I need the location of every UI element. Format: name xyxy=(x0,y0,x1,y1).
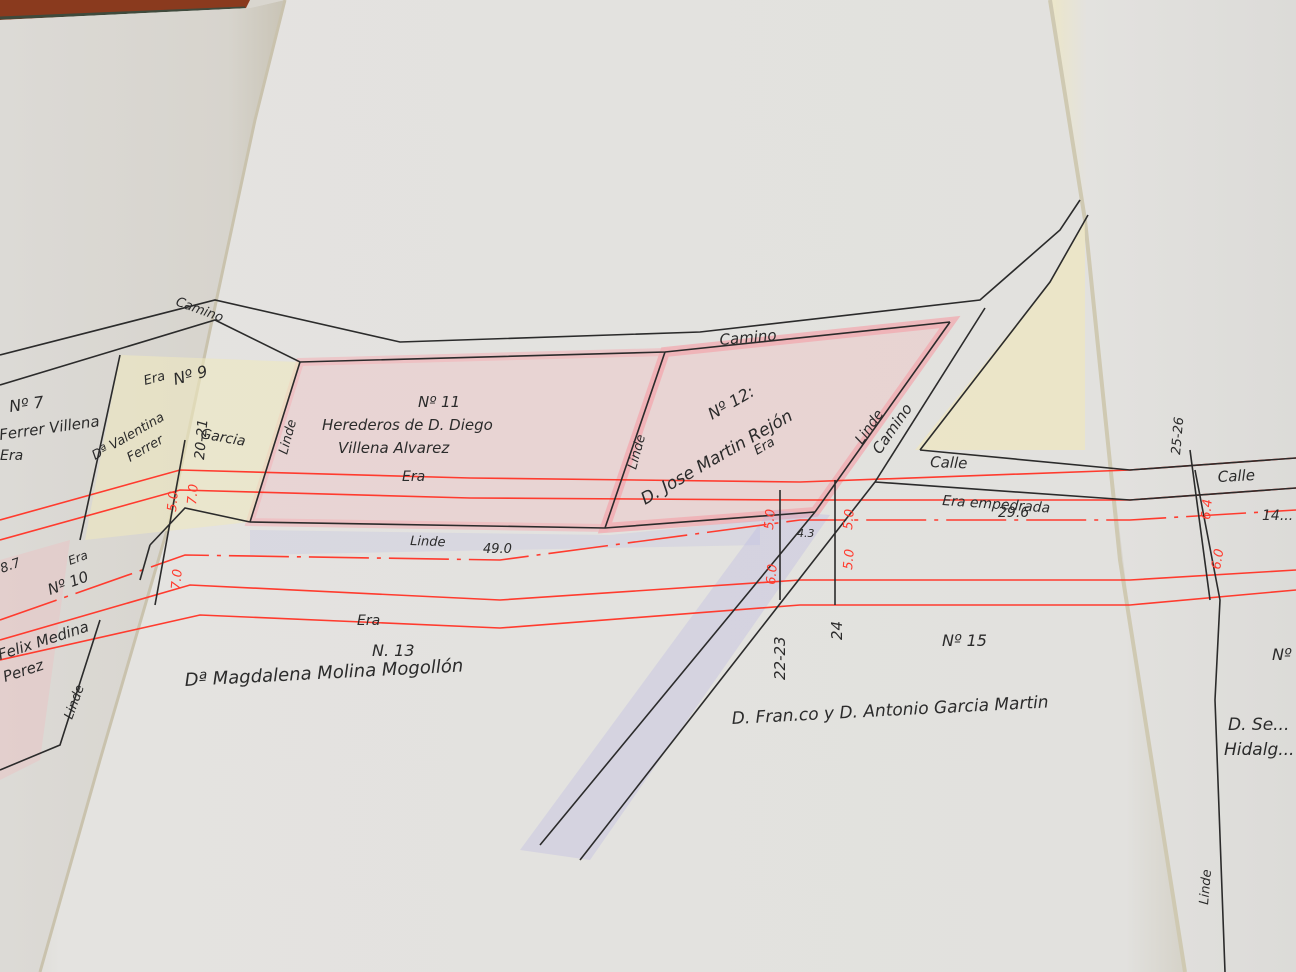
parcel-right-owner-1: D. Se... xyxy=(1228,715,1289,735)
red-dimension-5-0-a: 5.0 xyxy=(165,490,182,512)
parcel-right-number: Nº xyxy=(1272,645,1292,664)
red-dimension-6-4: 6.4 xyxy=(1199,498,1216,520)
red-dimension-5-0-c: 5.0 xyxy=(841,508,858,530)
linde-label-6: Linde xyxy=(1197,869,1215,906)
map-canvas: Camino Camino Camino Calle Calle Nº 7 Fe… xyxy=(0,0,1296,972)
parcel-11-owner-1: Herederos de D. Diego xyxy=(322,416,493,434)
red-dimension-6-0-a: 6.0 xyxy=(764,563,781,585)
section-marker-24: 24 xyxy=(828,621,846,640)
linde-label-4: Linde xyxy=(410,534,446,550)
dimension-4-3: 4.3 xyxy=(797,527,815,540)
parcel-13-number: N. 13 xyxy=(372,641,415,660)
red-dimension-7-0-a: 7.0 xyxy=(185,483,202,505)
section-marker-22-23: 22-23 xyxy=(771,636,789,680)
dimension-29-6: 29.6 xyxy=(998,505,1029,521)
parcel-13-use: Era xyxy=(357,613,380,629)
parcel-11-owner-2: Villena Alvarez xyxy=(338,439,450,457)
parcel-right-owner-2: Hidalg... xyxy=(1224,740,1294,760)
red-dimension-7-0-b: 7.0 xyxy=(169,568,186,590)
parcel-7-use: Era xyxy=(0,448,23,464)
road-label-calle: Calle xyxy=(930,453,968,472)
road-label-calle-right: Calle xyxy=(1217,466,1255,486)
red-dimension-5-0-d: 5.0 xyxy=(841,548,858,570)
cadastral-map-photo: Camino Camino Camino Calle Calle Nº 7 Fe… xyxy=(0,0,1296,972)
dimension-49: 49.0 xyxy=(483,542,512,557)
parcel-15-number: Nº 15 xyxy=(942,631,987,650)
red-dimension-5-0-b: 5.0 xyxy=(762,508,779,530)
parcel-11-use: Era xyxy=(402,469,425,485)
parcel-11-number: Nº 11 xyxy=(418,393,460,411)
dimension-14: 14... xyxy=(1262,508,1293,524)
